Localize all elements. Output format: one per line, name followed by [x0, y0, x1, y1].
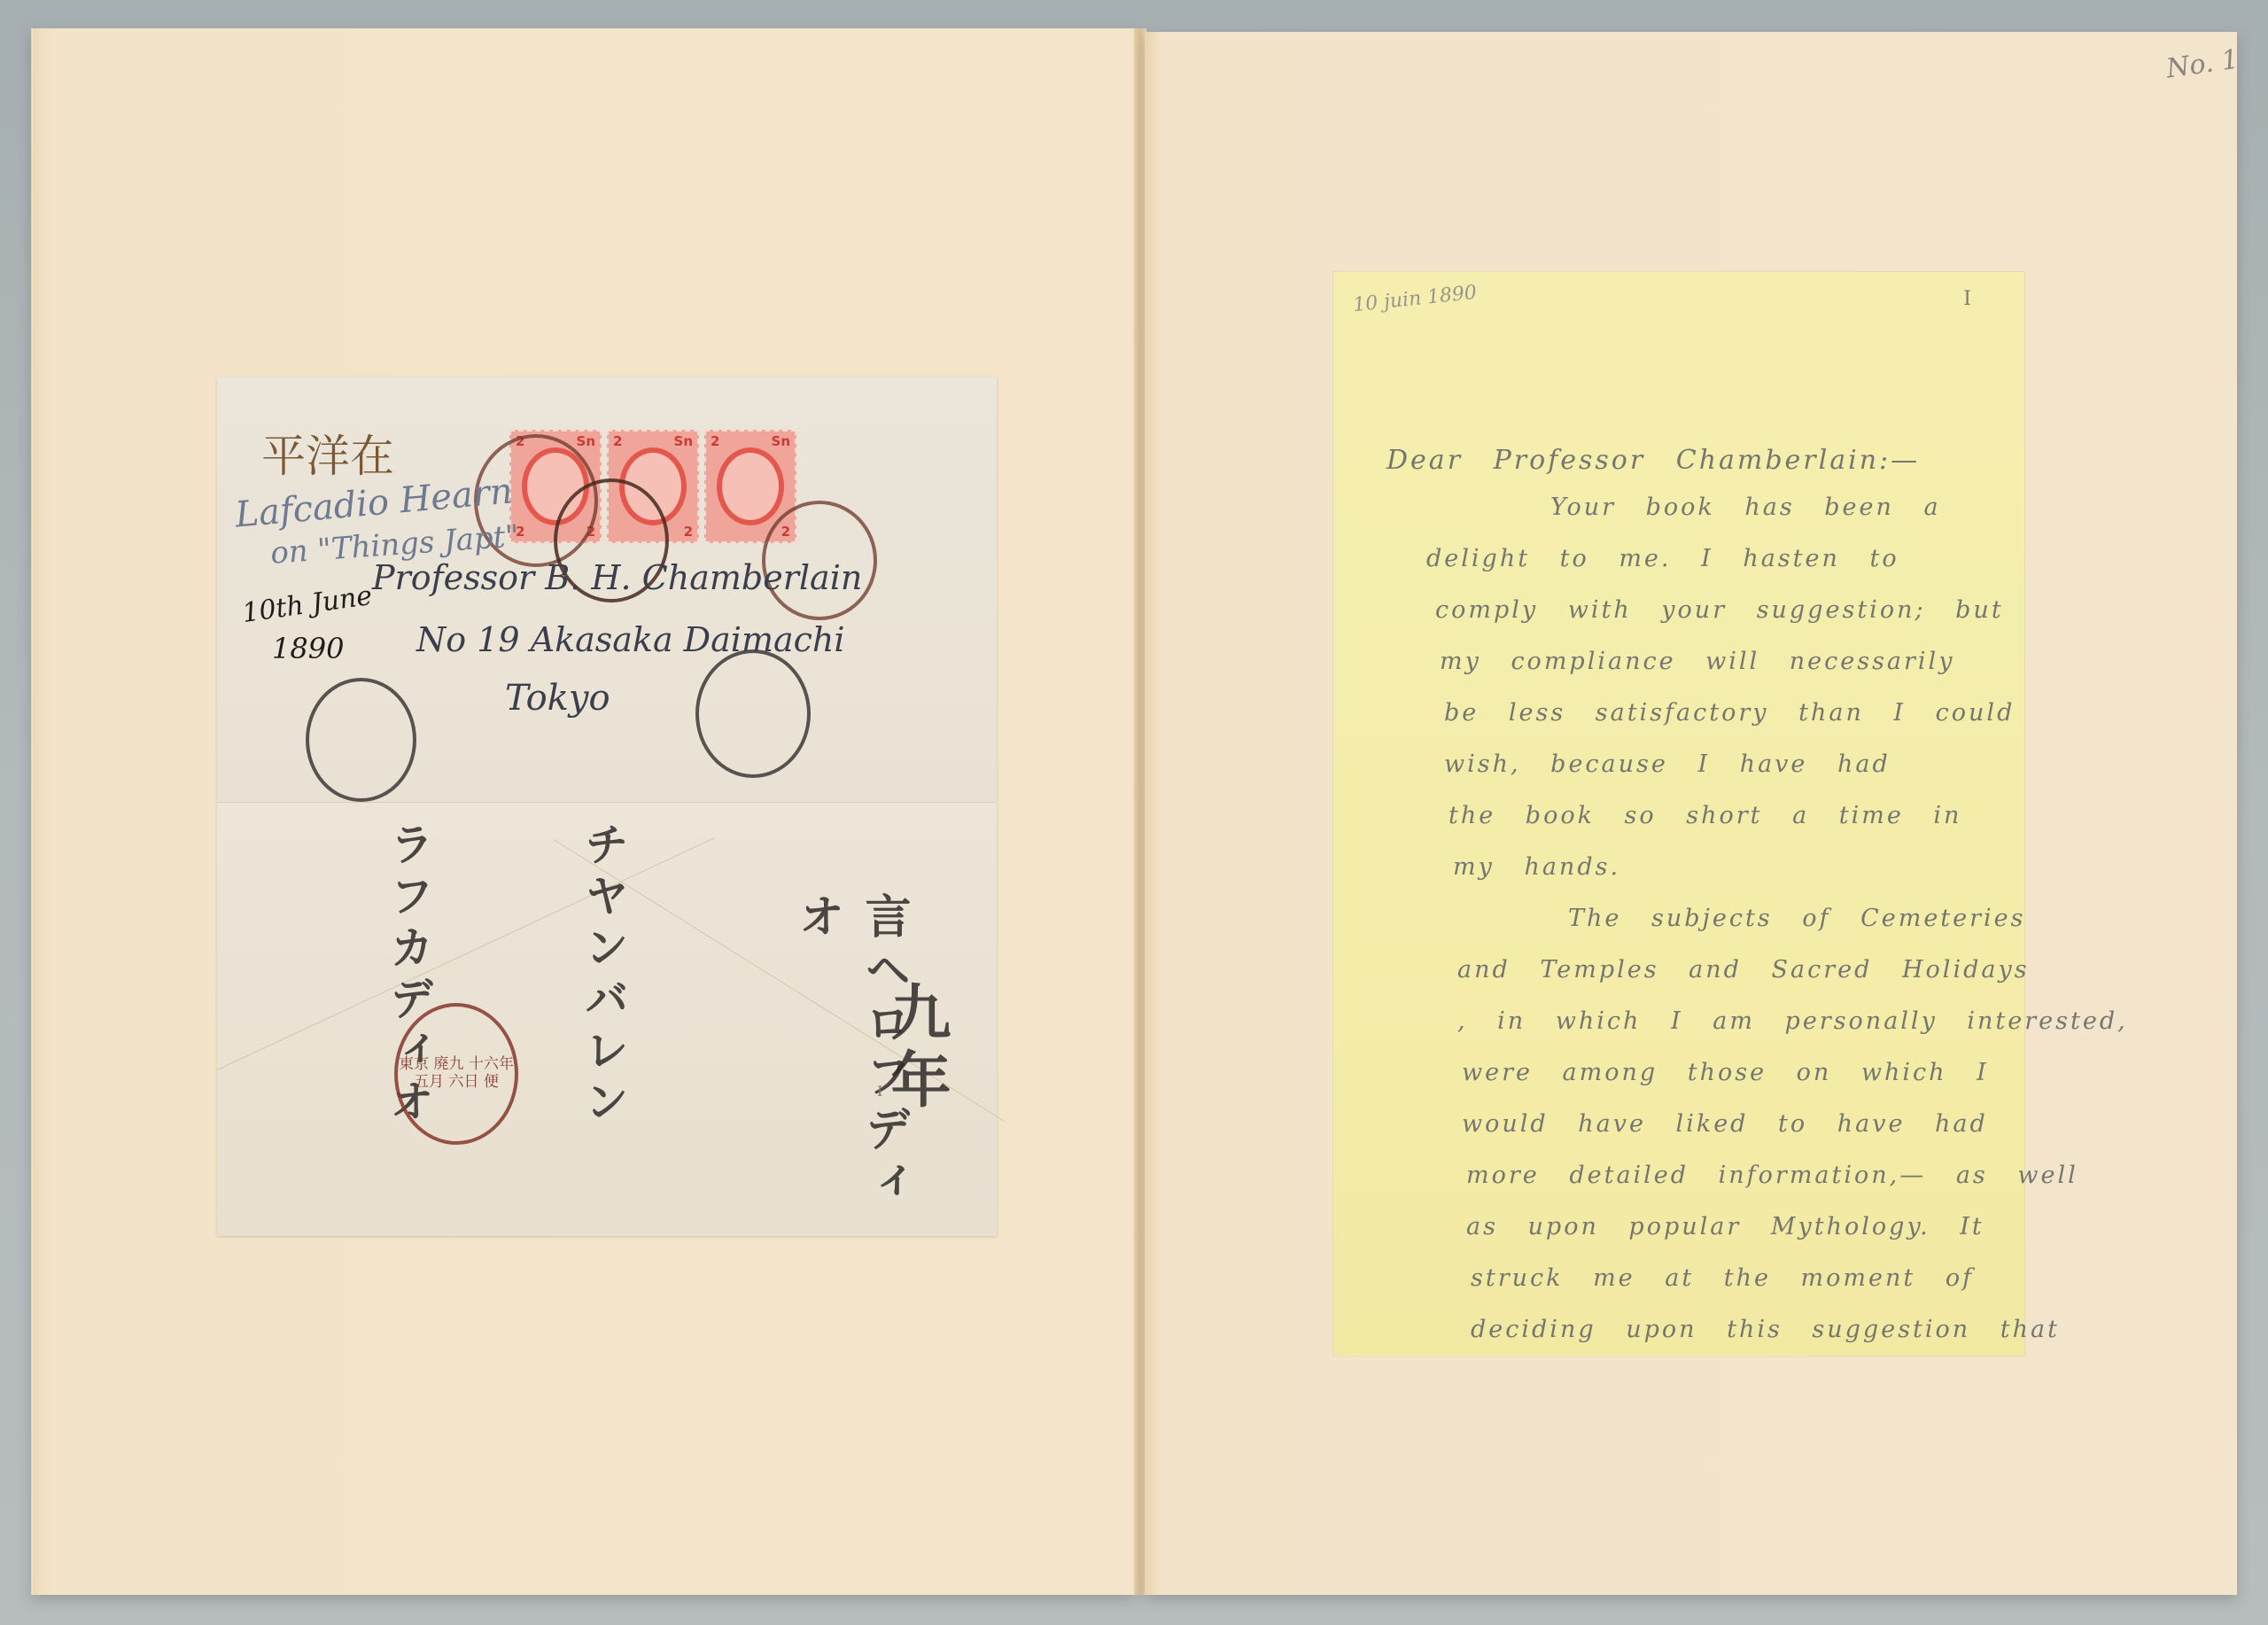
letter-line: , in which I am personally interested, [1457, 1007, 2128, 1035]
letter-line: Your book has been a [1550, 494, 1941, 521]
letter-line: my compliance will necessarily [1440, 648, 1954, 675]
letter-line: as upon popular Mythology. It [1466, 1213, 1984, 1240]
address-line-3: Tokyo [505, 678, 610, 719]
annotation-date: 10th June [240, 580, 374, 629]
address-line-2: No 19 Akasaka Daimachi [416, 620, 845, 659]
letter-line: wish, because I have had [1444, 750, 1891, 778]
annotation-year: 1890 [272, 632, 344, 665]
envelope-front: 2 Sn 2 2 2 Sn 2 2 Sn 2 平洋在 Lafcadio Hear… [217, 377, 997, 803]
letter-line: be less satisfactory than I could [1444, 699, 2015, 727]
letter-line: the book so short a time in [1449, 802, 1961, 829]
brush-calligraphy-column: チヤンバレン [571, 821, 635, 1130]
letter-line: were among those on which I [1462, 1059, 1989, 1086]
receiving-postmark: 東京 廃九 十六年 五月 六日 便 [394, 1003, 518, 1145]
letter-line: would have liked to have had [1462, 1110, 1988, 1138]
address-line-1: Professor B. H. Chamberlain [372, 558, 862, 597]
letter-line: more detailed information,— as well [1466, 1162, 2078, 1189]
envelope-back: 九年 言ヘロフディオ チヤンバレン ラフカディオ 東京 廃九 十六年 五月 六日… [217, 804, 997, 1236]
letter-line: deciding upon this suggestion that [1471, 1316, 2060, 1343]
letter-line: delight to me. I hasten to [1426, 545, 1899, 572]
letter-salutation: Dear Professor Chamberlain:— [1386, 445, 1920, 476]
envelope-small-mark: I [877, 1083, 882, 1100]
letter-line: comply with your suggestion; but [1435, 596, 2004, 624]
letter-line: The subjects of Cemeteries [1568, 905, 2026, 932]
letter-line: struck me at the moment of [1471, 1264, 1974, 1292]
brown-kanji-annotation: 平洋在 [261, 421, 394, 485]
postmark-icon [695, 649, 811, 778]
letter-date-annotation: 10 juin 1890 [1352, 282, 1478, 317]
letter-line: my hands. [1453, 853, 1620, 881]
brush-calligraphy-column: 言ヘロフディオ [784, 892, 917, 1236]
letter-page-mark: I [1963, 288, 1971, 310]
postmark-icon [306, 678, 416, 802]
envelope: 2 Sn 2 2 2 Sn 2 2 Sn 2 平洋在 Lafcadio Hear… [217, 377, 997, 1236]
stamp-emblem-icon [717, 447, 784, 525]
letter-line: and Temples and Sacred Holidays [1457, 956, 2030, 984]
letter-page: 10 juin 1890 I Dear Professor Chamberlai… [1333, 272, 2024, 1356]
